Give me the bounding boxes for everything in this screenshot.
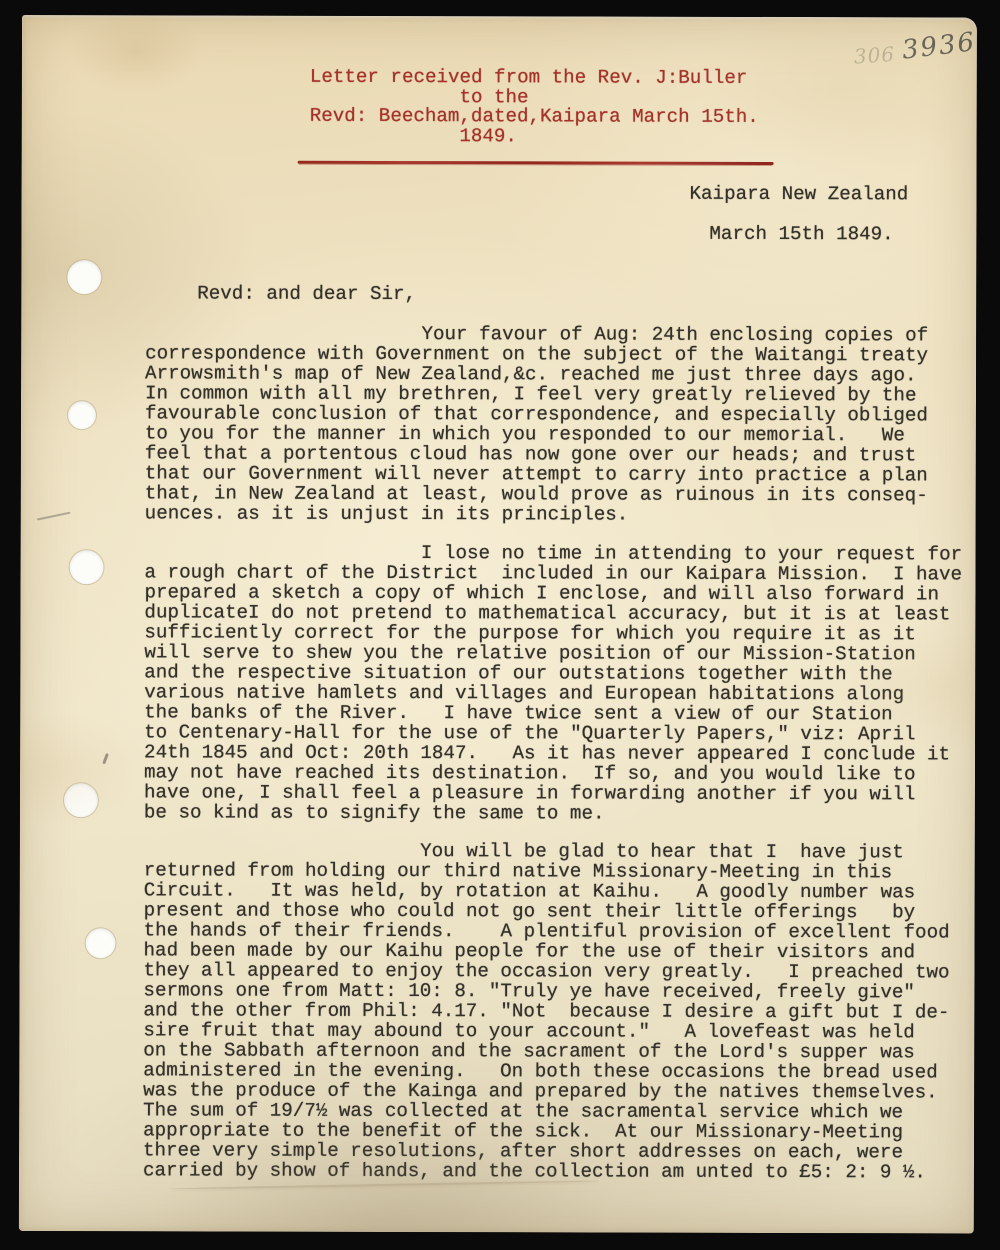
dateline-place: Kaipara New Zealand [690,184,909,205]
punch-hole [64,783,98,817]
paragraph-1: Your favour of Aug: 24th enclosing copie… [145,323,929,525]
punch-hole [68,401,96,429]
punch-hole [86,928,116,958]
paragraph-3: You will be glad to hear that I have jus… [143,840,950,1182]
pencil-annotation: 3936 [900,27,977,66]
text-line: be so kind as to signify the same to me. [144,802,962,824]
text-line: 1849. [310,126,759,147]
scan-background: 306 3936 Letter received from the Rev. J… [0,0,1000,1250]
letter-heading: Letter received from the Rev. J:Buller t… [310,68,759,147]
pencil-mark [102,753,109,764]
text-line: carried by show of hands, and the collec… [143,1160,949,1182]
pencil-mark [37,512,71,521]
punch-hole [70,550,104,584]
letter-page: 306 3936 Letter received from the Rev. J… [19,15,977,1233]
pencil-annotation-faint: 306 [853,42,896,69]
dateline-date: March 15th 1849. [709,224,893,244]
text-line: uences. as it is unjust in its principle… [145,503,928,525]
heading-underline [298,161,774,165]
paragraph-2: I lose no time in attending to your requ… [144,542,962,824]
punch-hole [67,260,101,294]
salutation: Revd: and dear Sir, [197,283,416,304]
